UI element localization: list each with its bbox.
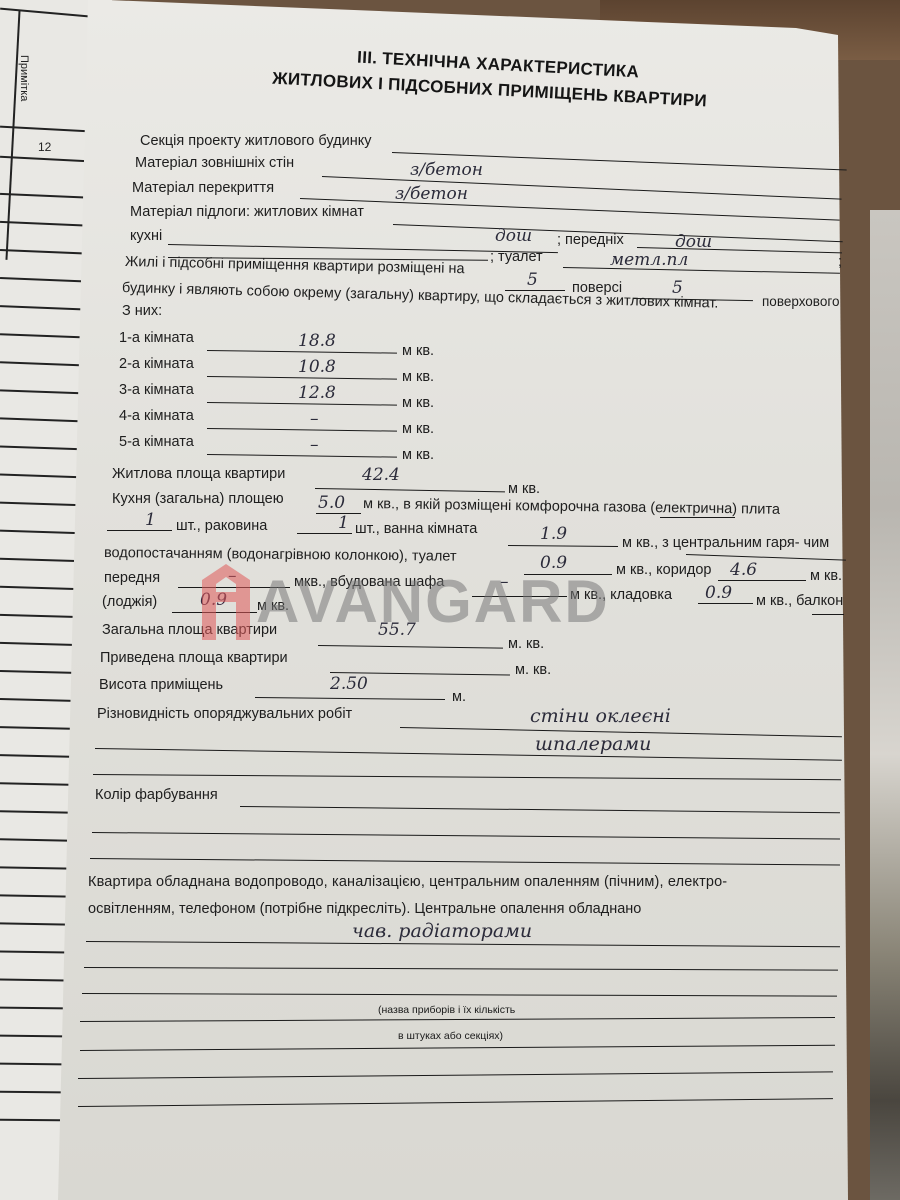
ceiling-label: Матеріал перекриття <box>132 180 274 196</box>
living-area-unit: м кв. <box>508 481 540 497</box>
toilet-floor-field[interactable] <box>563 267 840 274</box>
kitchen-label: Кухня (загальна) площею <box>112 491 284 507</box>
watermark: AVANGARD <box>200 562 610 642</box>
reduced-area-label: Приведена площа квартири <box>100 650 288 666</box>
room-area-unit: м кв. <box>402 369 434 385</box>
sink-count-value: 1 <box>338 513 349 533</box>
equipment-text-1: Квартира обладнана водопроводо, каналіза… <box>88 874 727 890</box>
room-area-unit: м кв. <box>402 343 434 359</box>
kitchen-area-value: 5.0 <box>318 493 345 513</box>
room-area-value: 12.8 <box>298 383 336 403</box>
hall-floor-label: ; передніх <box>557 232 624 248</box>
hall-floor-value: дош <box>675 232 712 252</box>
located-label: Жилі і підсобні приміщення квартири розм… <box>125 254 465 277</box>
caption-sections: в штуках або секціях) <box>398 1030 503 1042</box>
toilet-floor-label: ; туалет <box>490 249 543 265</box>
room-area-unit: м кв. <box>402 395 434 411</box>
finishing-field-2[interactable] <box>95 748 842 761</box>
pcs-sink-label: шт., раковина <box>176 518 267 534</box>
bathroom-value: 1.9 <box>540 524 567 544</box>
heating-field-6[interactable] <box>78 1071 833 1079</box>
finishing-value-1: стіни оклеєні <box>530 705 671 727</box>
kitchen-floor-label: кухні <box>130 228 162 244</box>
equipment-text-2: освітленням, телефоном (потрібне підкрес… <box>88 901 641 917</box>
room-area-field[interactable] <box>207 428 397 432</box>
bathroom-field[interactable] <box>508 545 618 547</box>
height-field[interactable] <box>255 697 445 700</box>
semicolon: ; <box>838 254 842 270</box>
pantry-field[interactable] <box>698 603 753 604</box>
paint-field-2[interactable] <box>92 832 840 840</box>
total-area-field[interactable] <box>318 645 503 649</box>
pantry-value: 0.9 <box>705 583 732 603</box>
reduced-area-unit: м. кв. <box>515 662 551 678</box>
hall-label: передня <box>104 570 160 586</box>
room-label: 5-а кімната <box>119 434 194 450</box>
corridor-value: 4.6 <box>730 560 757 580</box>
room-label: 4-а кімната <box>119 408 194 424</box>
kitchen-text: м кв., в якій розміщені комфорочна газов… <box>363 496 780 518</box>
hot-water-underline <box>686 554 846 561</box>
floor-number-value: 5 <box>527 270 538 290</box>
pcs-bath-label: шт., ванна кімната <box>355 521 477 537</box>
paint-field-3[interactable] <box>90 858 840 866</box>
heating-field-2[interactable] <box>84 967 838 971</box>
loggia-label: (лоджія) <box>102 594 157 610</box>
walls-label: Матеріал зовнішніх стін <box>135 155 294 171</box>
toilet-floor-value: метл.пл <box>610 250 688 270</box>
room-label: 3-а кімната <box>119 382 194 398</box>
living-area-field[interactable] <box>315 488 505 493</box>
kitchen-floor-value: дош <box>495 226 532 246</box>
ceiling-field[interactable] <box>300 198 840 221</box>
room-area-field[interactable] <box>207 454 397 458</box>
floor-label: Матеріал підлоги: житлових кімнат <box>130 204 364 220</box>
height-label: Висота приміщень <box>99 677 223 693</box>
balcony-label: м кв., балкон <box>756 593 843 609</box>
walls-value: з/бетон <box>410 160 483 180</box>
room-area-value: 18.8 <box>298 331 336 351</box>
form-content: III. ТЕХНІЧНА ХАРАКТЕРИСТИКА ЖИТЛОВИХ І … <box>0 0 900 1200</box>
living-area-label: Житлова площа квартири <box>112 466 285 482</box>
caption-devices: (назва приборів і їх кількість <box>378 1004 515 1016</box>
corridor-label: м кв., коридор <box>616 562 711 578</box>
finishing-value-2: шпалерами <box>535 733 651 755</box>
watermark-text: AVANGARD <box>256 572 610 632</box>
stove-count-value: 1 <box>145 510 156 530</box>
ceiling-value: з/бетон <box>395 184 468 204</box>
sink-count-field[interactable] <box>297 533 352 534</box>
stove-count-field[interactable] <box>107 530 172 531</box>
room-label: 2-а кімната <box>119 356 194 372</box>
heating-field-3[interactable] <box>82 993 837 997</box>
avangard-logo-icon <box>200 562 252 642</box>
corridor-unit: м кв. <box>810 568 842 584</box>
of-them-label: З них: <box>122 303 162 319</box>
height-unit: м. <box>452 689 466 705</box>
bath-after-text: м кв., з центральним гаря- чим <box>622 535 829 551</box>
corridor-field[interactable] <box>718 580 806 581</box>
room-area-unit: м кв. <box>402 421 434 437</box>
finishing-field-3[interactable] <box>93 774 841 781</box>
gas-underline <box>660 517 735 518</box>
heating-value: чав. радіаторами <box>352 920 532 942</box>
height-value: 2.50 <box>330 674 368 694</box>
finishing-label: Різновидність опоряджувальних робіт <box>97 706 352 722</box>
heating-field-7[interactable] <box>78 1098 833 1107</box>
heating-field-5[interactable] <box>80 1045 835 1052</box>
section-label: Секція проекту житлового будинку <box>140 133 371 149</box>
living-area-value: 42.4 <box>362 465 400 485</box>
heating-field-4[interactable] <box>80 1017 835 1022</box>
paint-label: Колір фарбування <box>95 787 218 803</box>
section-subtitle: ЖИТЛОВИХ І ПІДСОБНИХ ПРИМІЩЕНЬ КВАРТИРИ <box>272 69 708 112</box>
paint-field-1[interactable] <box>240 806 840 814</box>
storey-word: поверхового <box>762 294 839 309</box>
room-area-unit: м кв. <box>402 447 434 463</box>
room-area-value: – <box>310 435 319 455</box>
room-area-value: – <box>310 409 319 429</box>
balcony-underline <box>812 614 844 615</box>
building-text: будинку і являють собою окрему (загальну… <box>122 280 719 312</box>
room-label: 1-а кімната <box>119 330 194 346</box>
room-area-value: 10.8 <box>298 357 336 377</box>
